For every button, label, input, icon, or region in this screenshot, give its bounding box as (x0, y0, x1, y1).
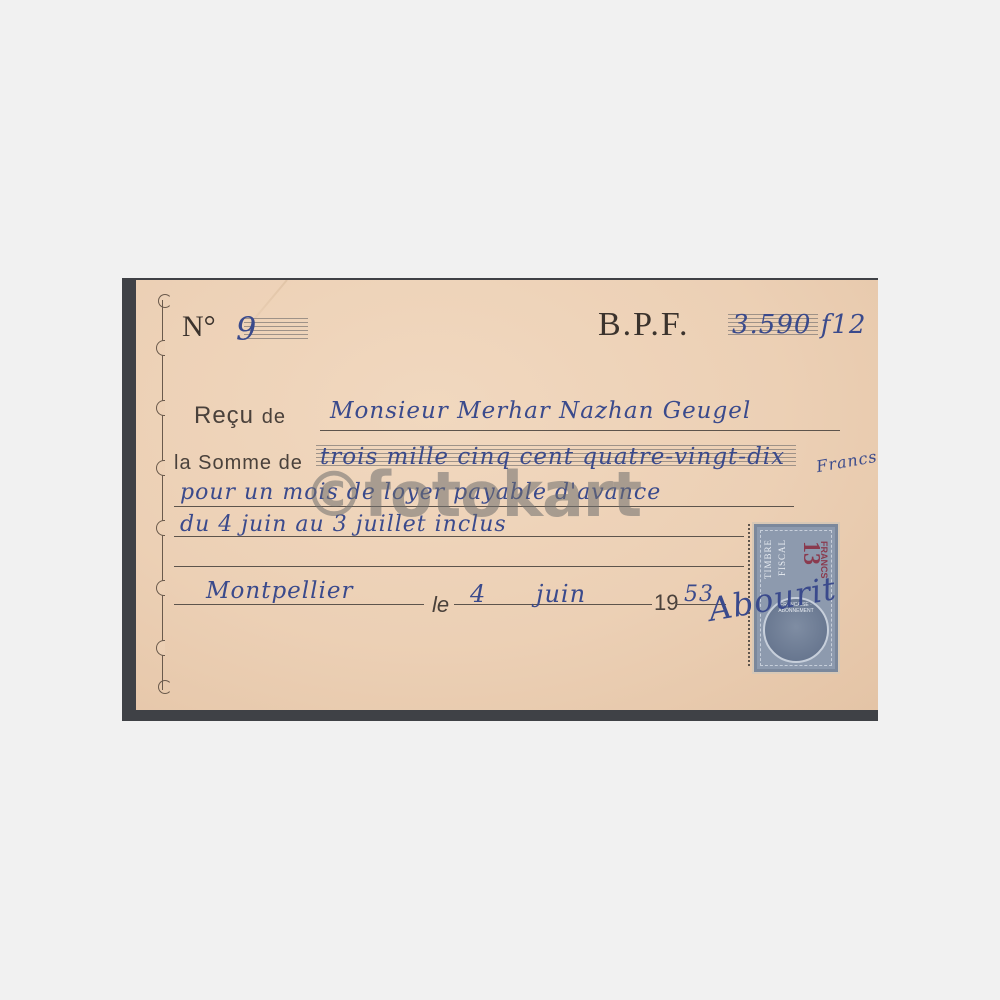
stamp-line2: FISCAL (777, 539, 787, 576)
stub-notch (156, 400, 165, 416)
date-le-label: le (432, 592, 449, 618)
stub-notch (156, 520, 165, 536)
place-line (174, 604, 424, 605)
sum-overflow: Francs (815, 447, 878, 476)
received-from-label: Reçu de (194, 402, 286, 430)
date-month: juin (536, 580, 586, 608)
purpose-line-1 (174, 506, 794, 507)
stub-notch (156, 640, 165, 656)
sum-label: la Somme de (174, 452, 303, 475)
stub-perforated-edge (150, 300, 163, 690)
recu-word: Reçu (194, 402, 254, 429)
date-day: 4 (470, 580, 486, 608)
stub-curl-bottom (158, 680, 172, 694)
stub-curl-top (158, 294, 172, 308)
de-word: de (262, 406, 286, 428)
place-value: Montpellier (206, 578, 353, 604)
receipt-document: N° 9 B.P.F. 3.590 f12 Reçu de Monsieur M… (136, 280, 878, 710)
receipt-number-value: 9 (236, 310, 257, 348)
received-from-value: Monsieur Merhar Nazhan Geugel (330, 398, 751, 424)
purpose-line-3 (174, 566, 744, 567)
received-from-line (320, 430, 840, 431)
receipt-number-label: N° (182, 310, 216, 344)
sum-value: trois mille cinq cent quatre-vingt-dix (320, 444, 785, 470)
stub-notch (156, 460, 165, 476)
year-prefix: 19 (654, 590, 678, 616)
currency-label: B.P.F. (598, 306, 690, 344)
stub-notch (156, 340, 165, 356)
amount-value: 3.590 f12 (732, 310, 866, 340)
stamp-line1: TIMBRE (763, 539, 773, 579)
purpose-text-1: pour un mois de loyer payable d'avance (180, 480, 661, 505)
stub-notch (156, 580, 165, 596)
purpose-text-2: du 4 juin au 3 juillet inclus (180, 512, 507, 537)
